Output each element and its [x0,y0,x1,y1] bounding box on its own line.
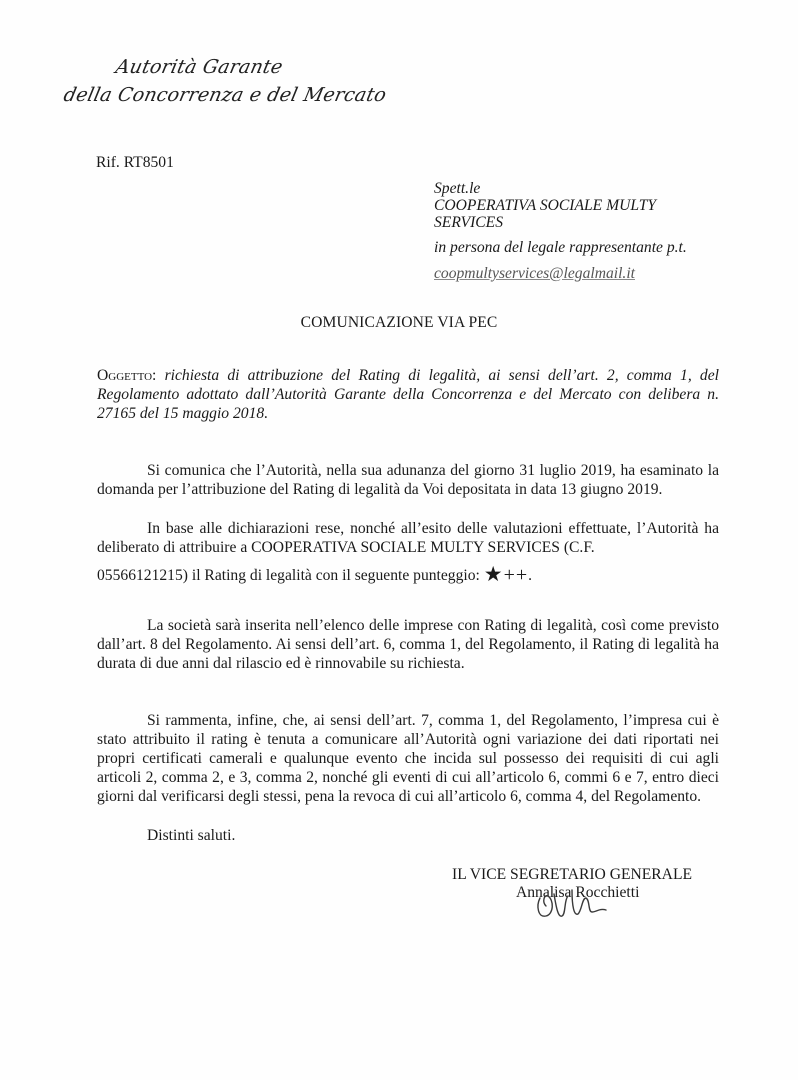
paragraph-2-tail-text: 05566121215) il Rating di legalità con i… [97,567,480,584]
handwritten-signature-icon [532,876,612,926]
letterhead: Autorità Garante della Concorrenza e del… [64,54,364,110]
letter-page: Autorità Garante della Concorrenza e del… [0,0,798,1080]
paragraph-obligations: Si rammenta, infine, che, ai sensi dell’… [97,711,719,806]
recipient-attention: in persona del legale rappresentante p.t… [434,239,724,256]
closing-paragraph: Distinti saluti. [97,826,719,845]
rating-terminator: . [528,567,532,584]
paragraph-1-text: Si comunica che l’Autorità, nella sua ad… [97,461,719,499]
subject-label: Oggetto: [97,367,156,384]
recipient-name-line-2: SERVICES [434,214,724,231]
recipient-name-line-1: COOPERATIVA SOCIALE MULTY [434,197,724,214]
subject-text: richiesta di attribuzione del Rating di … [97,367,719,422]
star-icon: ★ [484,562,504,586]
paragraph-rating-assignment: In base alle dichiarazioni rese, nonché … [97,519,719,585]
paragraph-3-text: La società sarà inserita nell’elenco del… [97,616,719,673]
rating-score: ★++ [484,564,528,586]
paragraph-2-text: In base alle dichiarazioni rese, nonché … [97,519,719,557]
closing-text: Distinti saluti. [97,826,719,845]
recipient-email-link[interactable]: coopmultyservices@legalmail.it [434,265,635,282]
paragraph-4-text: Si rammenta, infine, che, ai sensi dell’… [97,711,719,806]
communication-title: COMUNICAZIONE VIA PEC [0,314,798,332]
reference-number: Rif. RT8501 [96,154,174,172]
paragraph-listing: La società sarà inserita nell’elenco del… [97,616,719,673]
paragraph-2-last-line: 05566121215) il Rating di legalità con i… [97,565,719,585]
subject-paragraph: Oggetto: richiesta di attribuzione del R… [97,366,719,423]
letterhead-line-2: della Concorrenza e del Mercato [61,80,367,110]
recipient-block: Spett.le COOPERATIVA SOCIALE MULTY SERVI… [434,180,724,282]
plus-signs: ++ [504,564,529,586]
letterhead-line-1: Autorità Garante [61,54,367,80]
paragraph-meeting: Si comunica che l’Autorità, nella sua ad… [97,461,719,499]
recipient-salutation: Spett.le [434,180,724,197]
